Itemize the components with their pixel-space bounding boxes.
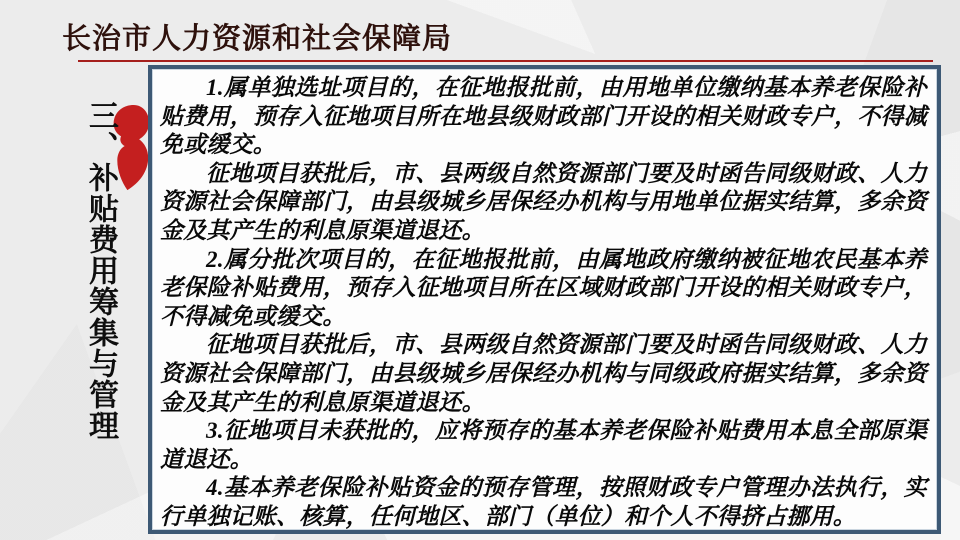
paragraph-1: 1.属单独选址项目的，在征地报批前，由用地单位缴纳基本养老保险补贴费用，预存入征… <box>160 74 927 160</box>
page-title: 长治市人力资源和社会保障局 <box>62 16 452 57</box>
slide: 长治市人力资源和社会保障局 三、补贴费用筹集与管理 1.属单独选址项目的，在征地… <box>0 0 960 540</box>
paragraph-6: 4.基本养老保险补贴资金的预存管理，按照财政专户管理办法执行，实行单独记账、核算… <box>160 474 927 531</box>
paragraph-3: 2.属分批次项目的，在征地报批前，由属地政府缴纳被征地农民基本养老保险补贴费用，… <box>160 246 927 332</box>
paragraph-2: 征地项目获批后，市、县两级自然资源部门要及时函告同级财政、人力资源社会保障部门，… <box>160 160 927 246</box>
content-box: 1.属单独选址项目的，在征地报批前，由用地单位缴纳基本养老保险补贴费用，预存入征… <box>148 65 941 534</box>
header-underline <box>78 60 933 62</box>
section-title-vertical: 三、补贴费用筹集与管理 <box>81 100 119 460</box>
paragraph-4: 征地项目获批后，市、县两级自然资源部门要及时函告同级财政、人力资源社会保障部门，… <box>160 331 927 417</box>
paragraph-5: 3.征地项目未获批的，应将预存的基本养老保险补贴费用本息全部原渠道退还。 <box>160 417 927 474</box>
